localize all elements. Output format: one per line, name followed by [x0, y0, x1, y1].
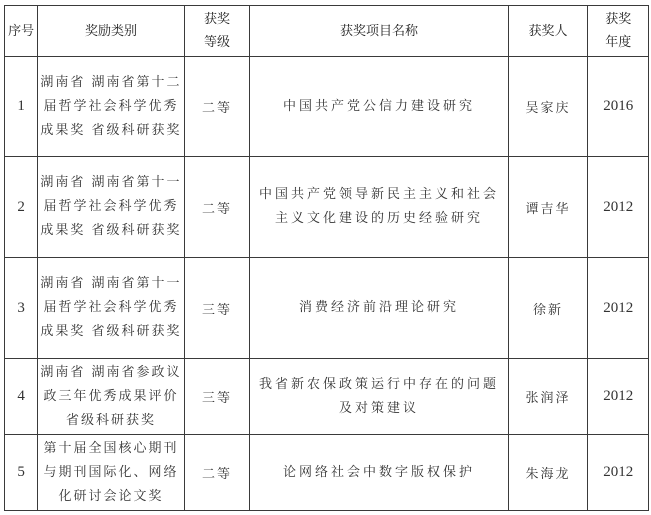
cell-project: 消费经济前沿理论研究: [250, 258, 508, 359]
header-level: 获奖 等级: [184, 6, 250, 57]
header-project: 获奖项目名称: [250, 6, 508, 57]
header-year: 获奖 年度: [588, 6, 649, 57]
header-year-line1: 获奖: [590, 8, 646, 31]
cell-level: 二等: [184, 57, 250, 157]
cell-category: 湖南省 湖南省第十一届哲学社会科学优秀成果奖 省级科研获奖: [38, 157, 184, 258]
cell-index: 5: [5, 435, 38, 511]
table-row: 5 第十届全国核心期刊与期刊国际化、网络化研讨会论文奖 二等 论网络社会中数字版…: [5, 435, 649, 511]
cell-year: 2012: [588, 157, 649, 258]
cell-project: 我省新农保政策运行中存在的问题及对策建议: [250, 359, 508, 435]
cell-level: 三等: [184, 258, 250, 359]
header-index: 序号: [5, 6, 38, 57]
header-row: 序号 奖励类别 获奖 等级 获奖项目名称 获奖人 获奖 年度: [5, 6, 649, 57]
header-level-line2: 等级: [187, 31, 248, 54]
cell-project: 论网络社会中数字版权保护: [250, 435, 508, 511]
cell-level: 二等: [184, 157, 250, 258]
table-row: 3 湖南省 湖南省第十一届哲学社会科学优秀成果奖 省级科研获奖 三等 消费经济前…: [5, 258, 649, 359]
header-category: 奖励类别: [38, 6, 184, 57]
table-row: 1 湖南省 湖南省第十二届哲学社会科学优秀成果奖 省级科研获奖 二等 中国共产党…: [5, 57, 649, 157]
awards-table: 序号 奖励类别 获奖 等级 获奖项目名称 获奖人 获奖 年度 1 湖南省 湖南省…: [4, 5, 649, 511]
header-winner: 获奖人: [508, 6, 588, 57]
cell-year: 2012: [588, 435, 649, 511]
cell-winner: 徐新: [508, 258, 588, 359]
cell-year: 2012: [588, 359, 649, 435]
cell-category: 第十届全国核心期刊与期刊国际化、网络化研讨会论文奖: [38, 435, 184, 511]
cell-winner: 张润泽: [508, 359, 588, 435]
cell-project: 中国共产党公信力建设研究: [250, 57, 508, 157]
cell-year: 2016: [588, 57, 649, 157]
cell-year: 2012: [588, 258, 649, 359]
cell-index: 3: [5, 258, 38, 359]
cell-winner: 谭吉华: [508, 157, 588, 258]
header-year-line2: 年度: [590, 31, 646, 54]
cell-index: 2: [5, 157, 38, 258]
table-row: 2 湖南省 湖南省第十一届哲学社会科学优秀成果奖 省级科研获奖 二等 中国共产党…: [5, 157, 649, 258]
cell-index: 1: [5, 57, 38, 157]
cell-winner: 吴家庆: [508, 57, 588, 157]
cell-level: 二等: [184, 435, 250, 511]
header-level-line1: 获奖: [187, 8, 248, 31]
cell-index: 4: [5, 359, 38, 435]
cell-project: 中国共产党领导新民主主义和社会主义文化建设的历史经验研究: [250, 157, 508, 258]
cell-level: 三等: [184, 359, 250, 435]
cell-category: 湖南省 湖南省第十一届哲学社会科学优秀成果奖 省级科研获奖: [38, 258, 184, 359]
cell-winner: 朱海龙: [508, 435, 588, 511]
cell-category: 湖南省 湖南省参政议政三年优秀成果评价 省级科研获奖: [38, 359, 184, 435]
cell-category: 湖南省 湖南省第十二届哲学社会科学优秀成果奖 省级科研获奖: [38, 57, 184, 157]
table-row: 4 湖南省 湖南省参政议政三年优秀成果评价 省级科研获奖 三等 我省新农保政策运…: [5, 359, 649, 435]
